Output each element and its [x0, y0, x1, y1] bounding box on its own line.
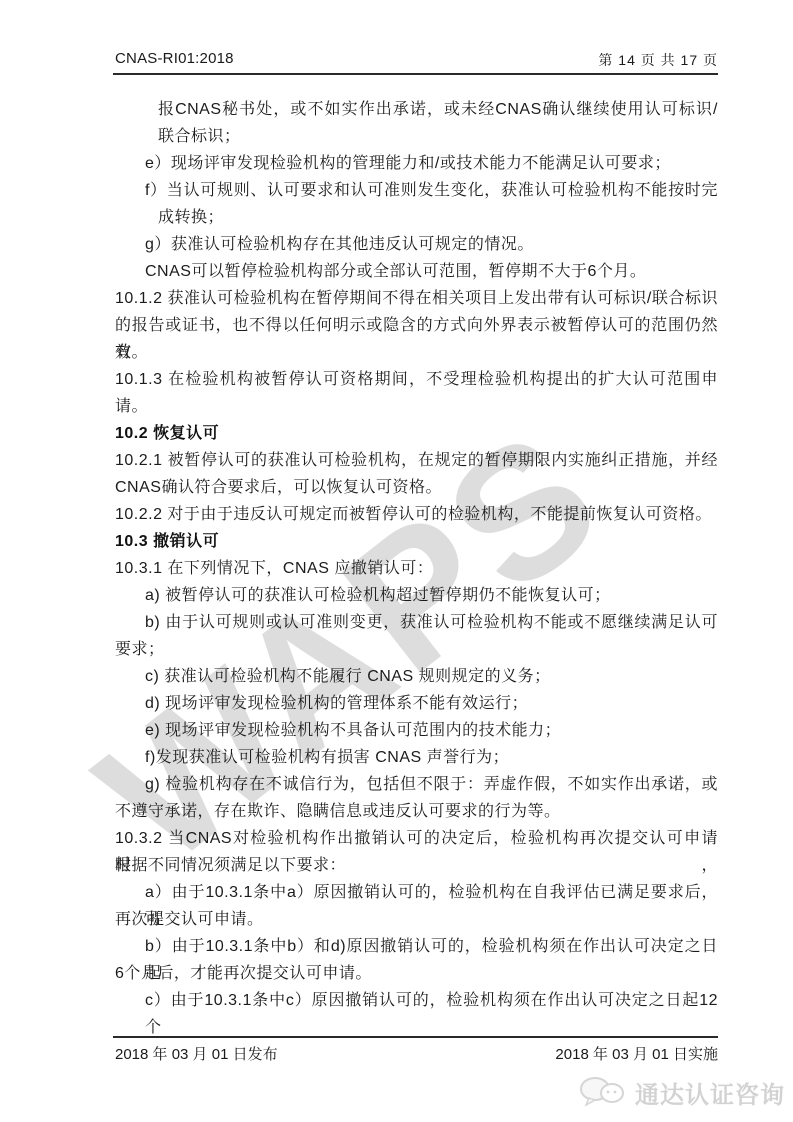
text-line: 10.2 恢复认可 [115, 420, 718, 447]
brand-name: 通达认证咨询 [635, 1075, 785, 1110]
text-line: 10.3.1 在下列情况下，CNAS 应撤销认可： [115, 555, 718, 582]
text-line: CNAS确认符合要求后，可以恢复认可资格。 [115, 474, 718, 501]
text-line: 效。 [115, 339, 718, 366]
page-number: 第 14 页 共 17 页 [598, 50, 718, 70]
text-line: 要求； [115, 636, 718, 663]
doc-code: CNAS-RI01:2018 [115, 50, 234, 67]
header-rule [113, 73, 718, 75]
text-line: 10.2.1 被暂停认可的获准认可检验机构，在规定的暂停期限内实施纠正措施，并经 [115, 447, 718, 474]
text-line: f)发现获准认可检验机构有损害 CNAS 声誉行为； [115, 744, 718, 771]
document-body: 报CNAS秘书处，或不如实作出承诺，或未经CNAS确认继续使用认可标识/联合标识… [115, 96, 718, 1014]
implementation-date: 2018 年 03 月 01 日实施 [555, 1043, 718, 1064]
text-line: c) 获准认可检验机构不能履行 CNAS 规则规定的义务； [115, 663, 718, 690]
text-line: 成转换； [115, 204, 718, 231]
text-line: a) 被暂停认可的获准认可检验机构超过暂停期仍不能恢复认可； [115, 582, 718, 609]
text-line: b) 由于认可规则或认可准则变更，获准认可检验机构不能或不愿继续满足认可 [115, 609, 718, 636]
text-line: 10.1.2 获准认可检验机构在暂停期间不得在相关项目上发出带有认可标识/联合标… [115, 285, 718, 312]
page-footer: 2018 年 03 月 01 日发布 2018 年 03 月 01 日实施 [115, 1043, 718, 1061]
page-header: CNAS-RI01:2018 第 14 页 共 17 页 [115, 50, 718, 68]
issue-date: 2018 年 03 月 01 日发布 [115, 1043, 278, 1064]
text-line: f）当认可规则、认可要求和认可准则发生变化，获准认可检验机构不能按时完 [115, 177, 718, 204]
text-line: e) 现场评审发现检验机构不具备认可范围内的技术能力； [115, 717, 718, 744]
text-line: 10.3.2 当CNAS对检验机构作出撤销认可的决定后，检验机构再次提交认可申请… [115, 825, 718, 852]
text-line: 联合标识； [115, 123, 718, 150]
text-line: CNAS可以暂停检验机构部分或全部认可范围，暂停期不大于6个月。 [115, 258, 718, 285]
brand-watermark: 通达认证咨询 [579, 1072, 785, 1112]
text-line: 6个月后，才能再次提交认可申请。 [115, 960, 718, 987]
text-line: b）由于10.3.1条中b）和d)原因撤销认可的，检验机构须在作出认可决定之日起 [115, 933, 718, 960]
chat-bubbles-icon [579, 1074, 627, 1110]
text-line: 10.2.2 对于由于违反认可规定而被暂停认可的检验机构，不能提前恢复认可资格。 [115, 501, 718, 528]
text-line: 的报告或证书，也不得以任何明示或隐含的方式向外界表示被暂停认可的范围仍然有 [115, 312, 718, 339]
text-line: 再次提交认可申请。 [115, 906, 718, 933]
text-line: 报CNAS秘书处，或不如实作出承诺，或未经CNAS确认继续使用认可标识/ [115, 96, 718, 123]
text-line: d) 现场评审发现检验机构的管理体系不能有效运行； [115, 690, 718, 717]
text-line: 10.1.3 在检验机构被暂停认可资格期间，不受理检验机构提出的扩大认可范围申 [115, 366, 718, 393]
text-line: 请。 [115, 393, 718, 420]
text-line: c）由于10.3.1条中c）原因撤销认可的，检验机构须在作出认可决定之日起12个 [115, 987, 718, 1014]
text-line: e）现场评审发现检验机构的管理能力和/或技术能力不能满足认可要求； [115, 150, 718, 177]
footer-rule [113, 1036, 718, 1038]
text-line: a）由于10.3.1条中a）原因撤销认可的，检验机构在自我评估已满足要求后，可 [115, 879, 718, 906]
text-line: g）获准认可检验机构存在其他违反认可规定的情况。 [115, 231, 718, 258]
document-page: CNAS-RI01:2018 第 14 页 共 17 页 WAPS 报CNAS秘… [0, 0, 793, 1122]
text-line: 不遵守承诺，存在欺诈、隐瞒信息或违反认可要求的行为等。 [115, 798, 718, 825]
text-line: g) 检验机构存在不诚信行为，包括但不限于：弄虚作假，不如实作出承诺，或 [115, 771, 718, 798]
text-line: 10.3 撤销认可 [115, 528, 718, 555]
